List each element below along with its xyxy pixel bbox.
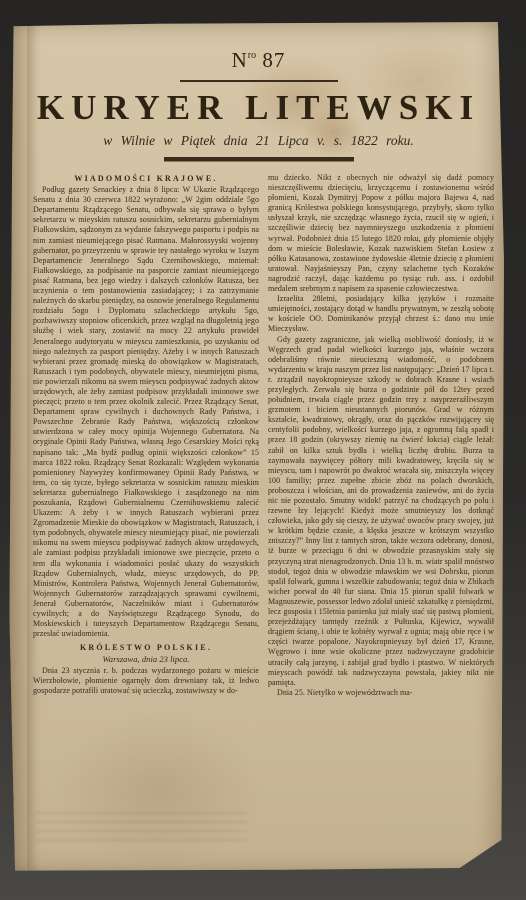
header-rule-top <box>180 80 338 82</box>
article-paragraph-senate-ukase: Podług gazety Senackiey z dnia 8 lipca: … <box>33 185 259 639</box>
issue-prefix: N <box>232 48 248 72</box>
scan-background: Nro 87 KURYER LITEWSKI w Wilnie w Piątek… <box>0 0 526 900</box>
masthead-dateline: w Wilnie w Piątek dnia 21 Lipca v. s. 18… <box>7 133 510 149</box>
article-paragraph-fire-wierzbolow: Dnia 23 stycznia r. b. podczas wydarzone… <box>33 666 259 696</box>
text-columns: WIADOMOŚCI KRAJOWE. Podług gazety Senack… <box>7 161 510 698</box>
newspaper-title: KURYER LITEWSKI <box>17 88 500 128</box>
section-heading-domestic-news: WIADOMOŚCI KRAJOWE. <box>33 174 259 184</box>
section-heading-kingdom-of-poland: KRÓLESTWO POLSKIE. <box>33 643 259 653</box>
column-right: mu dziecko. Nikt z obecnych nie odważył … <box>268 173 494 698</box>
ink-showthrough-artifact <box>37 812 247 846</box>
newspaper-page: Nro 87 KURYER LITEWSKI w Wilnie w Piątek… <box>7 22 510 874</box>
issue-number: Nro 87 <box>7 48 510 73</box>
issue-superscript: ro <box>248 50 256 61</box>
paper-fold-crease <box>27 22 37 874</box>
warsaw-dateline: Warszawa, dnia 23 lipca. <box>33 654 259 664</box>
column-left: WIADOMOŚCI KRAJOWE. Podług gazety Senack… <box>33 173 259 698</box>
issue-value: 87 <box>262 48 285 72</box>
article-paragraph-hailstorm: Gdy gazety zagraniczne, jak wielką osobl… <box>268 335 494 688</box>
article-paragraph-baptism: Izraelita 28letni, posiadający kilka jęz… <box>268 294 494 334</box>
article-paragraph-continuation: Dnia 25. Nietylko w województwach ma- <box>268 688 494 698</box>
article-paragraph-cossack-rescue: mu dziecko. Nikt z obecnych nie odważył … <box>268 173 494 294</box>
